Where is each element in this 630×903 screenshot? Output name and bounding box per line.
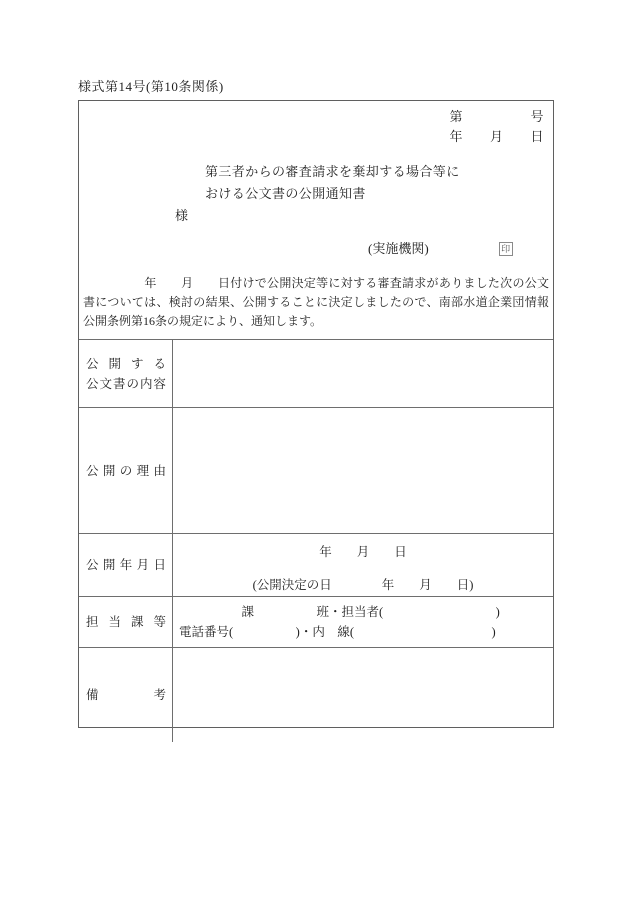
remarks-cell [173, 648, 553, 742]
document-frame: 第 号 年 月 日 第三者からの審査請求を棄却する場合等に おける公文書の公開通… [78, 100, 554, 728]
doc-number-line: 第 号 [79, 107, 544, 127]
contact-phone-line: 電話番号( )・内 線( ) [179, 622, 553, 642]
issuer-label: (実施機関) [368, 240, 429, 258]
row-label-line: 公開する [86, 354, 166, 374]
title-line-1: 第三者からの審査請求を棄却する場合等に [205, 161, 553, 183]
row-label-line: 担当課等 [86, 612, 166, 632]
row-label-line: 公開の理由 [86, 461, 166, 481]
row-remarks: 備考 [79, 647, 553, 742]
decision-date-line: (公開決定の日 年 月 日) [173, 575, 553, 595]
row-label-line: 公文書の内容 [86, 374, 166, 394]
date-blank-line: 年 月 日 [173, 542, 553, 562]
document-header: 第 号 年 月 日 第三者からの審査請求を棄却する場合等に おける公文書の公開通… [79, 107, 553, 339]
document-title: 第三者からの審査請求を棄却する場合等に おける公文書の公開通知書 [79, 161, 553, 205]
row-label-cell: 公開年月日 [79, 534, 173, 596]
title-line-2: おける公文書の公開通知書 [205, 183, 553, 205]
addressee-suffix: 様 [79, 207, 553, 225]
row-disclosure-content: 公開する 公文書の内容 [79, 339, 553, 407]
contact-section-line: 課 班・担当者( ) [179, 602, 553, 622]
disclosure-reason-cell [173, 408, 553, 533]
row-contact-section: 担当課等 課 班・担当者( ) 電話番号( )・内 線( ) [79, 596, 553, 647]
row-label-cell: 担当課等 [79, 597, 173, 647]
issuer-line: (実施機関) 印 [79, 240, 553, 258]
form-number-label: 様式第14号(第10条関係) [78, 76, 224, 95]
form-table: 公開する 公文書の内容 公開の理由 公開年月日 年 月 日 (公開決定の日 年 … [79, 339, 553, 742]
disclosure-date-cell: 年 月 日 (公開決定の日 年 月 日) [173, 534, 553, 596]
row-label-cell: 公開の理由 [79, 408, 173, 533]
row-disclosure-reason: 公開の理由 [79, 407, 553, 533]
row-disclosure-date: 公開年月日 年 月 日 (公開決定の日 年 月 日) [79, 533, 553, 596]
row-label-cell: 公開する 公文書の内容 [79, 340, 173, 407]
doc-date-line: 年 月 日 [79, 127, 544, 147]
row-label-line: 備考 [86, 685, 166, 705]
row-label-line: 公開年月日 [86, 555, 166, 575]
body-paragraph: 年 月 日付けで公開決定等に対する審査請求がありました次の公文書については、検討… [83, 274, 549, 331]
contact-cell: 課 班・担当者( ) 電話番号( )・内 線( ) [173, 597, 553, 647]
seal-icon: 印 [499, 242, 513, 256]
document-page: 様式第14号(第10条関係) 第 号 年 月 日 第三者からの審査請求を棄却する… [0, 0, 630, 903]
doc-meta: 第 号 年 月 日 [79, 107, 553, 147]
row-label-cell: 備考 [79, 648, 173, 742]
disclosure-content-cell [173, 340, 553, 407]
